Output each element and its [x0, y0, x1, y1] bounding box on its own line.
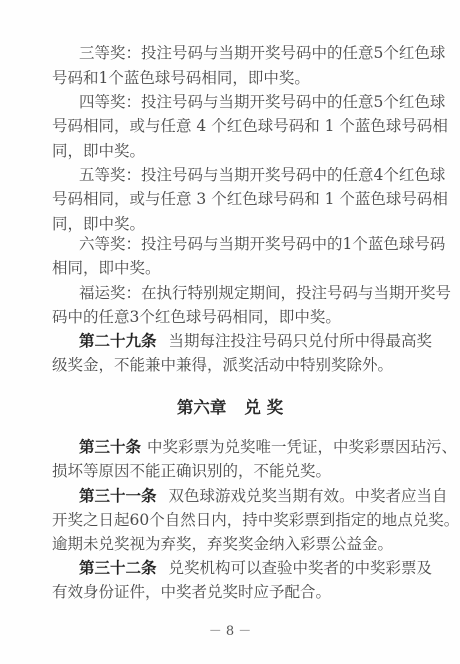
article-31-label: 第三十一条: [79, 487, 157, 505]
article-32-label: 第三十二条: [79, 559, 157, 577]
article-29-line-1: 第二十九条当期每注投注号码只兑付所中得最高奖: [79, 329, 397, 353]
paragraph-sixth-prize-line-1: 六等奖：投注号码与当期开奖号码中的1个蓝色球号码: [79, 232, 397, 256]
article-31-text: 双色球游戏兑奖当期有效。中奖者应当自: [169, 487, 448, 505]
paragraph-fifth-prize-line-1: 五等奖：投注号码与当期开奖号码中的任意4个红色球: [79, 163, 397, 187]
paragraph-fifth-prize-line-2: 号码相同，或与任意 3 个红色球号码和 1 个蓝色球号码相: [52, 187, 397, 211]
article-31-line-2: 开奖之日起60个自然日内，持中奖彩票到指定的地点兑奖。: [52, 508, 397, 532]
paragraph-fourth-prize-line-1: 四等奖：投注号码与当期开奖号码中的任意5个红色球: [79, 90, 397, 114]
article-31-line-1: 第三十一条双色球游戏兑奖当期有效。中奖者应当自: [79, 484, 397, 508]
paragraph-lucky-prize-line-2: 码中的任意3个红色球号码相同，即中奖。: [52, 305, 397, 329]
article-31-line-3: 逾期未兑奖视为弃奖，弃奖奖金纳入彩票公益金。: [52, 532, 397, 556]
article-30-line-2: 损坏等原因不能正确识别的，不能兑奖。: [52, 459, 397, 483]
paragraph-fourth-prize-line-3: 同，即中奖。: [52, 139, 397, 163]
paragraph-lucky-prize-line-1: 福运奖：在执行特别规定期间，投注号码与当期开奖号: [79, 281, 397, 305]
chapter-title: 兑 奖: [244, 396, 283, 420]
article-32-line-2: 有效身份证件，中奖者兑奖时应予配合。: [52, 580, 397, 604]
article-32-line-1: 第三十二条兑奖机构可以查验中奖者的中奖彩票及: [79, 556, 397, 580]
article-30-line-1: 第三十条中奖彩票为兑奖唯一凭证，中奖彩票因玷污、: [79, 435, 397, 459]
document-page: 三等奖：投注号码与当期开奖号码中的任意5个红色球 号码和1个蓝色球号码相同，即中…: [0, 0, 460, 664]
paragraph-third-prize-line-2: 号码和1个蓝色球号码相同，即中奖。: [52, 66, 397, 90]
article-29-text: 当期每注投注号码只兑付所中得最高奖: [169, 332, 433, 350]
paragraph-sixth-prize-line-2: 相同，即中奖。: [52, 256, 397, 280]
chapter-heading: 第六章兑 奖: [0, 396, 460, 420]
article-30-text: 中奖彩票为兑奖唯一凭证，中奖彩票因玷污、: [147, 438, 457, 456]
article-30-label: 第三十条: [79, 438, 141, 456]
paragraph-fourth-prize-line-2: 号码相同，或与任意 4 个红色球号码和 1 个蓝色球号码相: [52, 114, 397, 138]
article-32-text: 兑奖机构可以查验中奖者的中奖彩票及: [169, 559, 433, 577]
article-29-label: 第二十九条: [79, 332, 157, 350]
page-number: － 8 －: [0, 622, 460, 642]
article-29-line-2: 级奖金，不能兼中兼得，派奖活动中特别奖除外。: [52, 353, 397, 377]
paragraph-third-prize-line-1: 三等奖：投注号码与当期开奖号码中的任意5个红色球: [79, 41, 397, 65]
chapter-number: 第六章: [177, 396, 227, 420]
